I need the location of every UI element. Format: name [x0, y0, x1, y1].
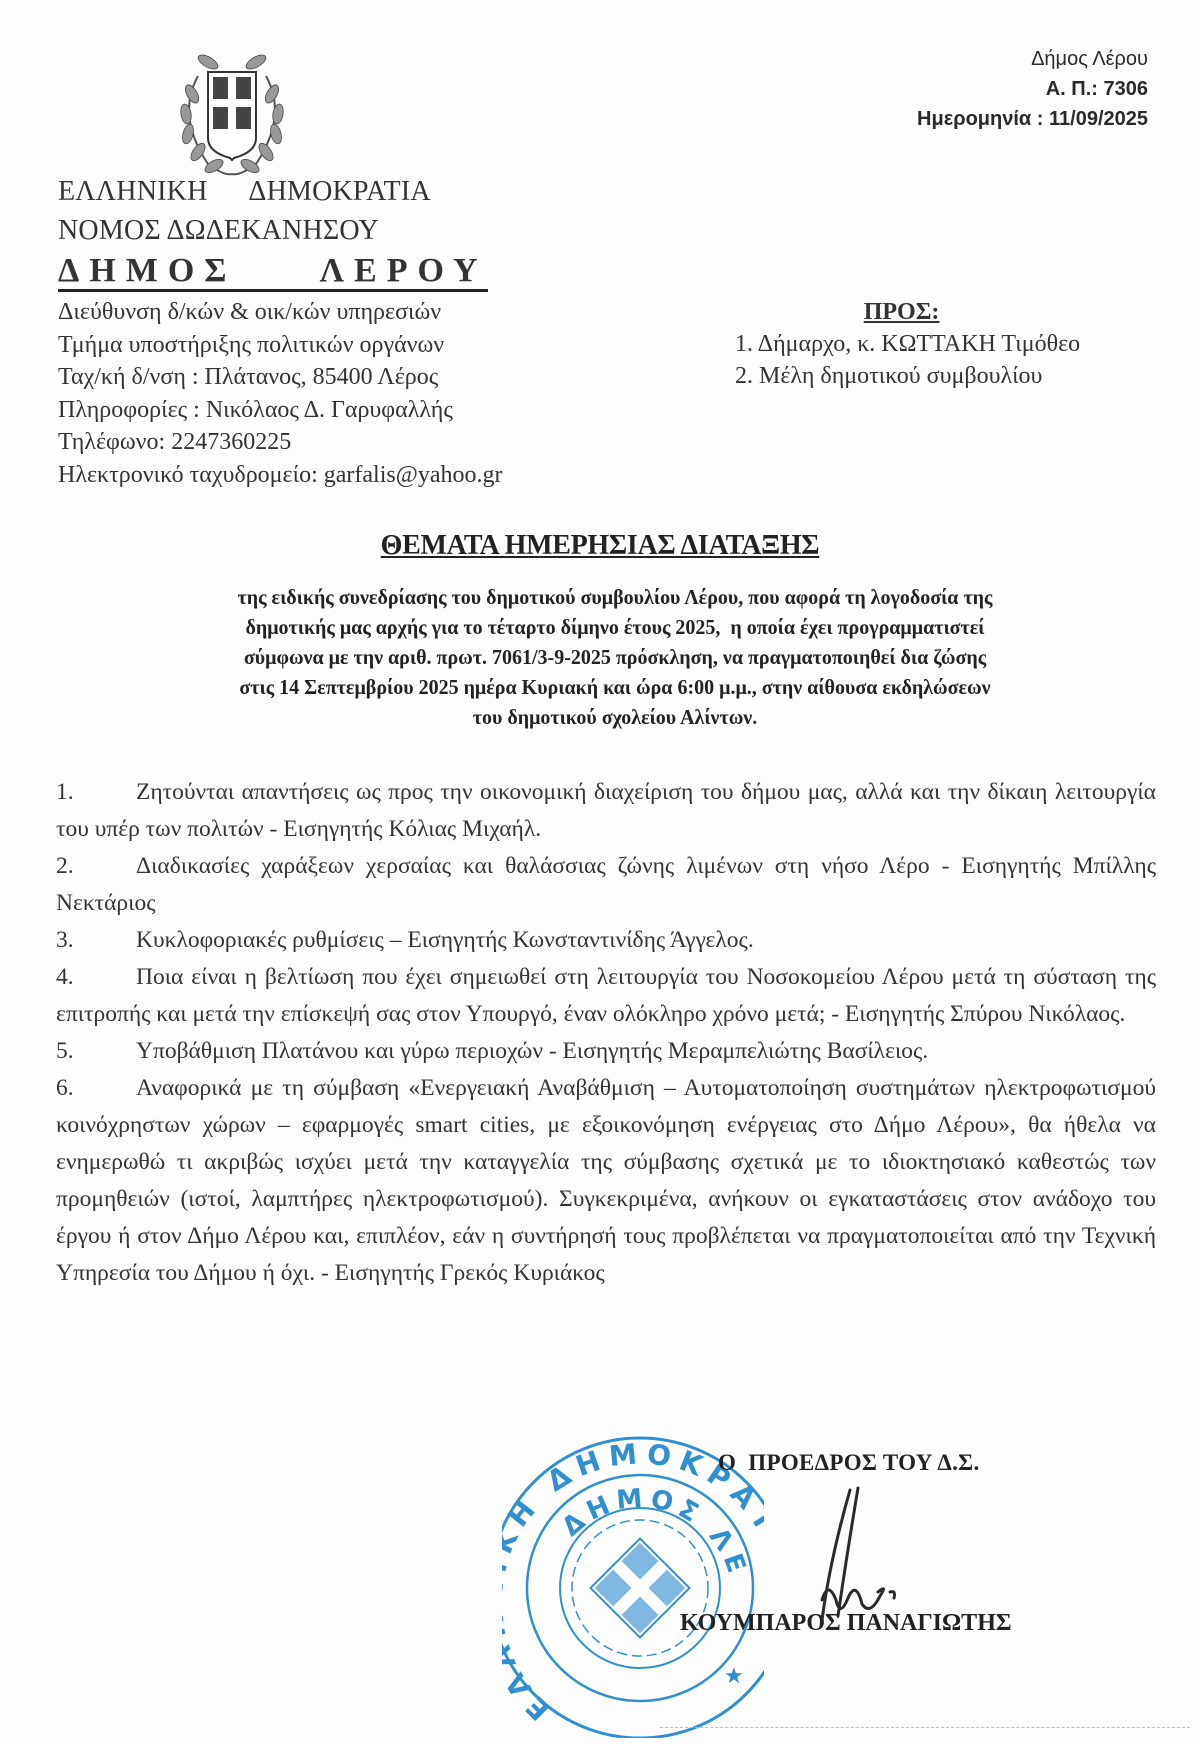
- agenda-item-text: Υποβάθμιση Πλατάνου και γύρω περιοχών - …: [136, 1038, 928, 1064]
- section-line: Τμήμα υποστήριξης πολιτικών οργάνων: [58, 329, 502, 362]
- department-line: Διεύθυνση δ/κών & οικ/κών υπηρεσιών: [58, 296, 502, 329]
- subject-line: δημοτικής μας αρχής για το τέταρτο δίμην…: [108, 612, 1122, 642]
- reference-block: Δήμος Λέρου Α. Π.: 7306 Ημερομηνία : 11/…: [917, 44, 1148, 134]
- agenda-list: 1.Ζητούνται απαντήσεις ως προς την οικον…: [56, 774, 1156, 1292]
- signatory-title: Ο ΠΡΟΕΔΡΟΣ ΤΟΥ Δ.Σ.: [718, 1450, 980, 1476]
- letterhead-info: Διεύθυνση δ/κών & οικ/κών υπηρεσιών Τμήμ…: [58, 296, 502, 491]
- subject-title: ΘΕΜΑΤΑ ΗΜΕΡΗΣΙΑΣ ΔΙΑΤΑΞΗΣ: [0, 530, 1200, 562]
- agenda-item: 1.Ζητούνται απαντήσεις ως προς την οικον…: [56, 774, 1156, 848]
- agenda-item: 4.Ποια είναι η βελτίωση που έχει σημειωθ…: [56, 959, 1156, 1033]
- footer-divider: [660, 1727, 1190, 1728]
- phone-line: Τηλέφωνο: 2247360225: [58, 426, 502, 459]
- contact-person-line: Πληροφορίες : Νικόλαος Δ. Γαρυφαλλής: [58, 394, 502, 427]
- agenda-item-text: Κυκλοφοριακές ρυθμίσεις – Εισηγητής Κωνσ…: [136, 927, 754, 953]
- date-label: Ημερομηνία :: [917, 108, 1043, 130]
- document-date: Ημερομηνία : 11/09/2025: [917, 104, 1148, 134]
- subject-line: σύμφωνα με την αριθ. πρωτ. 7061/3-9-2025…: [108, 642, 1122, 672]
- subject-line: της ειδικής συνεδρίασης του δημοτικού συ…: [108, 582, 1122, 612]
- agenda-item-number: 3.: [56, 922, 136, 959]
- agenda-item-text: Διαδικασίες χαράξεων χερσαίας και θαλάσσ…: [56, 853, 1156, 916]
- letterhead-prefecture: ΝΟΜΟΣ ΔΩΔΕΚΑΝΗΣΟΥ: [58, 215, 379, 247]
- agenda-item-text: Ποια είναι η βελτίωση που έχει σημειωθεί…: [56, 964, 1156, 1027]
- email-line: Ηλεκτρονικό ταχυδρομείο: garfalis@yahoo.…: [58, 459, 502, 492]
- agenda-item-number: 4.: [56, 959, 136, 996]
- date-value: 11/09/2025: [1049, 108, 1148, 130]
- protocol-number: Α. Π.: 7306: [917, 74, 1148, 104]
- agenda-item-number: 6.: [56, 1070, 136, 1107]
- protocol-label: Α. Π.:: [1046, 78, 1098, 100]
- letterhead-country: ΕΛΛΗΝΙΚΗ ΔΗΜΟΚΡΑΤΙΑ: [58, 176, 431, 208]
- agenda-item-number: 5.: [56, 1033, 136, 1070]
- agenda-item: 2.Διαδικασίες χαράξεων χερσαίας και θαλά…: [56, 848, 1156, 922]
- recipient-item: 2. Μέλη δημοτικού συμβουλίου: [735, 360, 1080, 392]
- subject-line: στις 14 Σεπτεμβρίου 2025 ημέρα Κυριακή κ…: [108, 672, 1122, 702]
- agenda-item-number: 2.: [56, 848, 136, 885]
- letterhead-municipality: ΔΗΜΟΣ ΛΕΡΟΥ: [58, 253, 488, 292]
- protocol-value: 7306: [1104, 78, 1149, 100]
- agenda-item-number: 1.: [56, 774, 136, 811]
- subject-line: του δημοτικού σχολείου Αλίντων.: [108, 702, 1122, 732]
- svg-text:★: ★: [724, 1664, 744, 1689]
- agenda-item: 6.Αναφορικά με τη σύμβαση «Ενεργειακή Αν…: [56, 1070, 1156, 1292]
- address-line: Ταχ/κή δ/νση : Πλάτανος, 85400 Λέρος: [58, 361, 502, 394]
- reference-municipality: Δήμος Λέρου: [917, 44, 1148, 74]
- signatory-name: ΚΟΥΜΠΑΡΟΣ ΠΑΝΑΓΙΩΤΗΣ: [680, 1610, 1012, 1637]
- handwritten-signature-icon: [800, 1480, 920, 1630]
- recipients-block: ΠΡΟΣ: 1. Δήμαρχο, κ. ΚΩΤΤΑΚΗ Τιμόθεο 2. …: [735, 296, 1080, 392]
- recipients-title: ΠΡΟΣ:: [723, 296, 1080, 328]
- recipient-item: 1. Δήμαρχο, κ. ΚΩΤΤΑΚΗ Τιμόθεο: [735, 328, 1080, 360]
- agenda-item: 5.Υποβάθμιση Πλατάνου και γύρω περιοχών …: [56, 1033, 1156, 1070]
- agenda-item: 3.Κυκλοφοριακές ρυθμίσεις – Εισηγητής Κω…: [56, 922, 1156, 959]
- agenda-item-text: Ζητούνται απαντήσεις ως προς την οικονομ…: [56, 779, 1156, 842]
- agenda-item-text: Αναφορικά με τη σύμβαση «Ενεργειακή Αναβ…: [56, 1075, 1156, 1286]
- subject-description: της ειδικής συνεδρίασης του δημοτικού συ…: [108, 582, 1122, 732]
- greek-coat-of-arms-icon: [168, 46, 296, 180]
